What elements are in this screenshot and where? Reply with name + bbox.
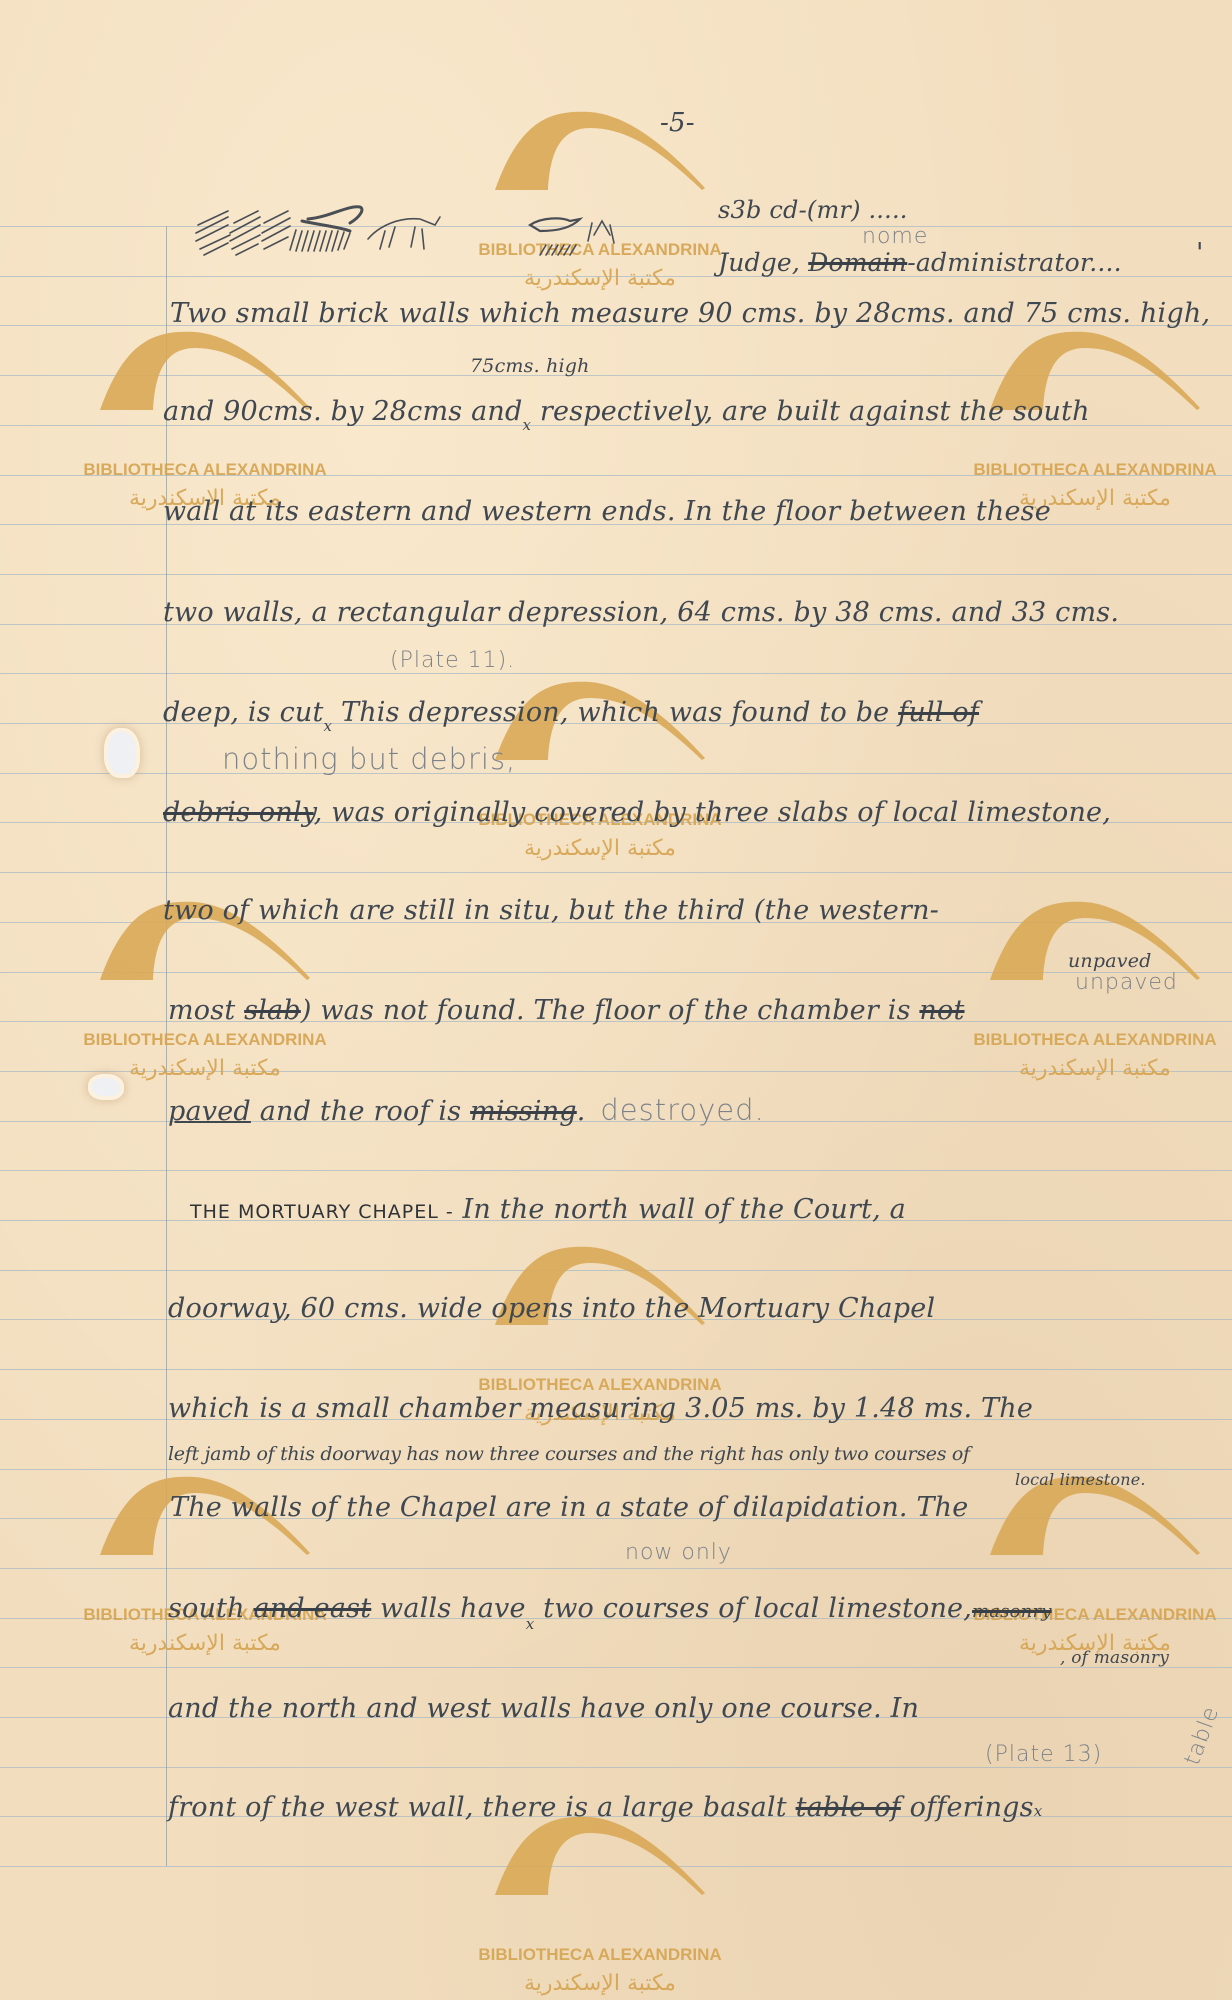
watermark: BIBLIOTHECA ALEXANDRINA مكتبة الإسكندرية: [945, 900, 1232, 1090]
line-4: two walls, a rectangular depression, 64 …: [163, 597, 1119, 628]
line-13: left jamb of this doorway has now three …: [168, 1443, 970, 1465]
arch-logo-icon: [490, 1815, 710, 1930]
line-9: paved and the roof is missing. destroyed…: [168, 1093, 765, 1127]
watermark-arabic: مكتبة الإسكندرية: [450, 836, 750, 861]
page-number: -5-: [660, 108, 695, 138]
ruled-line: [0, 1270, 1232, 1271]
watermark-english: BIBLIOTHECA ALEXANDRINA: [945, 1030, 1232, 1050]
punch-hole: [92, 1078, 120, 1096]
line-15: south and east walls havex two courses o…: [168, 1593, 1052, 1633]
insert-table: table: [1180, 1703, 1224, 1769]
watermark-english: BIBLIOTHECA ALEXANDRINA: [450, 1375, 750, 1395]
ruled-line: [0, 1568, 1232, 1569]
watermark-arabic: مكتبة الإسكندرية: [945, 1056, 1232, 1081]
insert-75cms-high: 75cms. high: [470, 355, 590, 377]
ruled-line: [0, 773, 1232, 774]
watermark-english: BIBLIOTHECA ALEXANDRINA: [450, 1945, 750, 1965]
watermark: BIBLIOTHECA ALEXANDRINA مكتبة الإسكندرية: [450, 1815, 750, 2000]
watermark-english: BIBLIOTHECA ALEXANDRINA: [945, 460, 1232, 480]
line-5: deep, is cutx This depression, which was…: [163, 697, 979, 735]
ruled-line: [0, 1866, 1232, 1867]
insert-plate-13: (Plate 13): [985, 1742, 1102, 1767]
watermark-arabic: مكتبة الإسكندرية: [55, 1631, 355, 1656]
ruled-line: [0, 673, 1232, 674]
margin-line: [166, 226, 167, 1866]
watermark-arabic: مكتبة الإسكندرية: [450, 266, 750, 291]
manuscript-page: BIBLIOTHECA ALEXANDRINA مكتبة الإسكندرية…: [0, 0, 1232, 2000]
title-suffix: -administrator....: [907, 248, 1122, 277]
watermark-arabic: مكتبة الإسكندرية: [450, 1971, 750, 1996]
hieroglyphs-icon: [190, 195, 790, 265]
insert-now-only: now only: [625, 1540, 732, 1565]
ruled-line: [0, 972, 1232, 973]
watermark-english: BIBLIOTHECA ALEXANDRINA: [55, 460, 355, 480]
line-14: The walls of the Chapel are in a state o…: [170, 1492, 968, 1523]
line-16: and the north and west walls have only o…: [168, 1693, 919, 1724]
insert-unpaved-pencil: unpaved: [1075, 970, 1178, 995]
line-11: doorway, 60 cms. wide opens into the Mor…: [168, 1293, 935, 1324]
punch-hole: [108, 732, 136, 774]
line-17: front of the west wall, there is a large…: [168, 1792, 1042, 1823]
insert-of-masonry: , of masonry: [1060, 1648, 1169, 1668]
ruled-line: [0, 872, 1232, 873]
watermark: BIBLIOTHECA ALEXANDRINA مكتبة الإسكندرية: [945, 1475, 1232, 1665]
ruled-line: [0, 574, 1232, 575]
line-12: which is a small chamber measuring 3.05 …: [168, 1393, 1033, 1424]
insert-plate-11: (Plate 11).: [390, 648, 515, 673]
ruled-line: [0, 475, 1232, 476]
ruled-line: [0, 1170, 1232, 1171]
insert-unpaved-ink: unpaved: [1068, 950, 1152, 972]
insert-nothing-but-debris: nothing but debris,: [222, 742, 516, 776]
ruled-line: [0, 375, 1232, 376]
ruled-line: [0, 1667, 1232, 1668]
insert-local-limestone: local limestone.: [1015, 1470, 1146, 1489]
line-2: and 90cms. by 28cms andx respectively, a…: [163, 396, 1090, 434]
title-struck: Domain: [808, 248, 907, 277]
trailing-mark: ': [1196, 238, 1204, 269]
section-heading: THE MORTUARY CHAPEL -: [190, 1201, 454, 1223]
arch-logo-icon: [985, 1475, 1205, 1590]
ruled-line: [0, 1767, 1232, 1768]
line-10: THE MORTUARY CHAPEL - In the north wall …: [190, 1194, 906, 1225]
line-1: Two small brick walls which measure 90 c…: [170, 298, 1210, 329]
ruled-line: [0, 1071, 1232, 1072]
ruled-line: [0, 1369, 1232, 1370]
pencil-correction-nome: nome: [862, 224, 928, 249]
title-line: Judge, Domain-administrator....: [718, 248, 1122, 277]
transliteration: s3b cd-(mr) .....: [718, 196, 908, 224]
watermark-english: BIBLIOTHECA ALEXANDRINA: [55, 1030, 355, 1050]
line-8: most slab) was not found. The floor of t…: [168, 995, 965, 1026]
line-3: wall at its eastern and western ends. In…: [163, 496, 1051, 527]
line-6: debris only, was originally covered by t…: [163, 797, 1111, 828]
title-prefix: Judge,: [718, 248, 808, 277]
line-7: two of which are still in situ, but the …: [163, 895, 939, 926]
